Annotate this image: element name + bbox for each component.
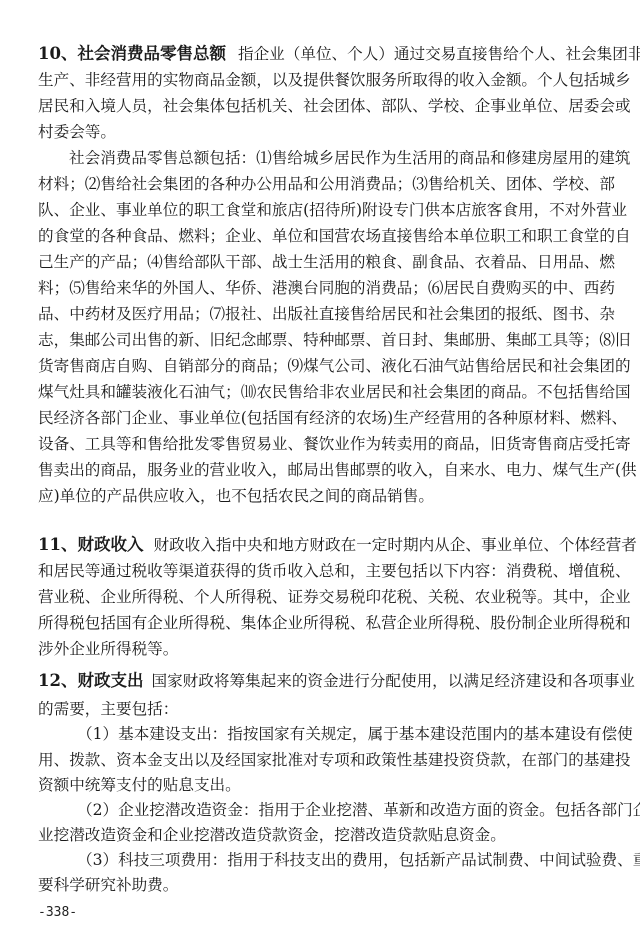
paragraph-line: 社会消费品零售总额包括：⑴售给城乡居民作为生活用的商品和修建房屋用的建筑 — [38, 145, 606, 171]
paragraph-line: 货寄售商店自购、自销部分的商品；⑼煤气公司、液化石油气站售给居民和社会集团的 — [38, 353, 606, 379]
paragraph-line: 村委会等。 — [38, 119, 606, 145]
paragraph-line: 资额中统筹支付的贴息支出。 — [38, 772, 606, 798]
paragraph-line: 设备、工具等和售给批发零售贸易业、餐饮业作为转卖用的商品，旧货寄售商店受托寄 — [38, 431, 606, 457]
paragraph-line: 所得税包括国有企业所得税、集体企业所得税、私营企业所得税、股份制企业所得税和 — [38, 610, 606, 636]
paragraph-line: 志，集邮公司出售的新、旧纪念邮票、特种邮票、首日封、集邮册、集邮工具等；⑻旧 — [38, 327, 606, 353]
paragraph-line: （1）基本建设支出：指按国家有关规定，属于基本建设范围内的基本建设有偿使 — [38, 721, 606, 747]
paragraph-line: 生产、非经营用的实物商品金额，以及提供餐饮服务所取得的收入金额。个人包括城乡 — [38, 67, 606, 93]
paragraph-line: 涉外企业所得税等。 — [38, 636, 606, 662]
paragraph-line: 的需要，主要包括： — [38, 696, 606, 722]
section-10-line-1: 10、社会消费品零售总额指企业（单位、个人）通过交易直接售给个人、社会集团非 — [38, 41, 606, 67]
paragraph-line: 的食堂的各种食品、燃料；企业、单位和国营农场直接售给本单位职工和职工食堂的自 — [38, 223, 606, 249]
paragraph-line: 和居民等通过税收等渠道获得的货币收入总和，主要包括以下内容：消费税、增值税、 — [38, 558, 606, 584]
paragraph-line: 营业税、企业所得税、个人所得税、证券交易税印花税、关税、农业税等。其中，企业 — [38, 584, 606, 610]
paragraph-line: 煤气灶具和罐装液化石油气；⑽农民售给非农业居民和社会集团的商品。不包括售给国 — [38, 379, 606, 405]
section-11-line-1: 11、财政收入财政收入指中央和地方财政在一定时期内从企、事业单位、个体经营者 — [38, 532, 606, 558]
paragraph-line: （3）科技三项费用：指用于科技支出的费用，包括新产品试制费、中间试验费、重 — [38, 847, 606, 873]
paragraph-line: 民经济各部门企业、事业单位(包括国有经济的农场)生产经营用的各种原材料、燃料、 — [38, 405, 606, 431]
paragraph-line: 应)单位的产品供应收入，也不包括农民之间的商品销售。 — [38, 483, 606, 509]
section-12-heading: 12、财政支出 — [38, 671, 143, 690]
paragraph-line: 品、中药材及医疗用品；⑺报社、出版社直接售给居民和社会集团的报纸、图书、杂 — [38, 301, 606, 327]
paragraph-line: 售卖出的商品，服务业的营业收入，邮局出售邮票的收入，自来水、电力、煤气生产(供 — [38, 457, 606, 483]
paragraph-line: （2）企业挖潜改造资金：指用于企业挖潜、革新和改造方面的资金。包括各部门企 — [38, 797, 606, 823]
section-12-line-1: 12、财政支出国家财政将筹集起来的资金进行分配使用，以满足经济建设和各项事业 — [38, 668, 606, 694]
paragraph-line: 队、企业、事业单位的职工食堂和旅店(招待所)附设专门供本店旅客食用，不对外营业 — [38, 197, 606, 223]
section-10-heading: 10、社会消费品零售总额 — [38, 44, 226, 63]
paragraph-line: 业挖潜改造资金和企业挖潜改造贷款资金，挖潜改造贷款贴息资金。 — [38, 822, 606, 848]
section-11-heading: 11、财政收入 — [38, 535, 143, 554]
paragraph-line: 居民和入境人员，社会集体包括机关、社会团体、部队、学校、企事业单位、居委会或 — [38, 93, 606, 119]
paragraph-line: 己生产的产品；⑷售给部队干部、战士生活用的粮食、副食品、衣着品、日用品、燃 — [38, 249, 606, 275]
paragraph-line: 要科学研究补助费。 — [38, 872, 606, 898]
paragraph-line: 材料；⑵售给社会集团的各种办公用品和公用消费品；⑶售给机关、团体、学校、部 — [38, 171, 606, 197]
paragraph-line: 料；⑸售给来华的外国人、华侨、港澳台同胞的消费品；⑹居民自费购买的中、西药 — [38, 275, 606, 301]
paragraph-line: 用、拨款、资本金支出以及经国家批准对专项和政策性基建投资贷款，在部门的基建投 — [38, 747, 606, 773]
page-number: -338- — [38, 905, 77, 920]
